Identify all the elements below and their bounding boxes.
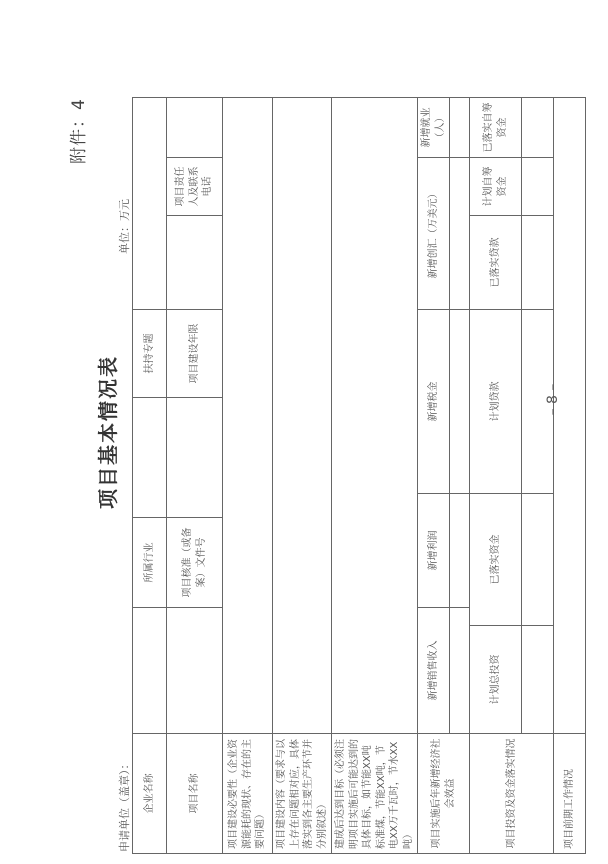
invest-header-planned-total: 计划总投资	[470, 626, 522, 734]
benefit-profit-value[interactable]	[450, 494, 470, 608]
invest-header-funds-secured: 已落实资金	[470, 494, 522, 626]
benefit-jobs-value[interactable]	[450, 98, 470, 158]
benefit-header-tax: 新增税金	[418, 310, 450, 494]
page-title: 项目基本情况表	[92, 0, 121, 864]
enterprise-name-label: 企业名称	[133, 734, 167, 854]
contact-value[interactable]	[167, 98, 223, 158]
table-row: 项目投资及资金落实情况 计划总投资 已落实资金 计划贷款 已落实贷款 计划自筹资…	[470, 98, 522, 854]
necessity-value[interactable]	[223, 98, 273, 734]
approval-doc-label: 项目核准（或备案）文件号	[167, 518, 223, 608]
benefits-label: 项目实施后年新增经济社会效益	[418, 734, 470, 854]
table-row: 项目名称 项目核准（或备案）文件号 项目建设年限 项目责任人及联系电话	[167, 98, 223, 854]
support-topic-label: 扶持专题	[133, 310, 167, 398]
benefit-header-profit: 新增利润	[418, 494, 450, 608]
project-name-value[interactable]	[167, 608, 223, 734]
benefit-forex-value[interactable]	[450, 158, 470, 310]
construction-period-label: 项目建设年限	[167, 310, 223, 398]
annex-label: 附件：4	[64, 98, 89, 164]
necessity-label: 项目建设必要性（企业资源能耗的现状、存在的主要问题）	[223, 734, 273, 854]
invest-header-planned-loan: 计划贷款	[470, 310, 522, 494]
page-number: – 8 –	[545, 0, 561, 864]
table-row: 项目建设内容（要求与以上存在问题相对应，具体落实到各主要生产环节并分别叙述）	[273, 98, 332, 854]
content-value[interactable]	[273, 98, 332, 734]
invest-header-loan-secured: 已落实贷款	[470, 216, 522, 310]
benefit-header-forex: 新增创汇（万美元）	[418, 158, 450, 310]
targets-label: 建成后达到目标（必须注明项目实施后可能达到的具体目标，如节能XX吨标准煤，节能X…	[332, 734, 418, 854]
table-row: 项目建设必要性（企业资源能耗的现状、存在的主要问题）	[223, 98, 273, 854]
benefit-tax-value[interactable]	[450, 310, 470, 494]
investment-label: 项目投资及资金落实情况	[470, 734, 554, 854]
unit-label: 单位：万元	[116, 199, 132, 254]
benefit-header-jobs: 新增就业（人）	[418, 98, 450, 158]
benefit-sales-value[interactable]	[450, 608, 470, 734]
document-page: 附件：4 项目基本情况表 申请单位（盖章）： 单位：万元 企业名称 所属行业 扶…	[0, 0, 608, 864]
project-info-table: 企业名称 所属行业 扶持专题 项目名称 项目核准（或备案）文件号 项目建设年限 …	[132, 97, 586, 854]
construction-period-value[interactable]	[167, 216, 223, 310]
content-label: 项目建设内容（要求与以上存在问题相对应，具体落实到各主要生产环节并分别叙述）	[273, 734, 332, 854]
project-name-label: 项目名称	[167, 734, 223, 854]
industry-label: 所属行业	[133, 518, 167, 608]
approval-doc-value[interactable]	[167, 398, 223, 518]
table-row: 项目实施后年新增经济社会效益 新增销售收入 新增利润 新增税金 新增创汇（万美元…	[418, 98, 450, 854]
invest-header-planned-self: 计划自筹资金	[470, 158, 522, 216]
applicant-label: 申请单位（盖章）：	[116, 759, 132, 853]
industry-value[interactable]	[133, 398, 167, 518]
table-row: 企业名称 所属行业 扶持专题	[133, 98, 167, 854]
invest-header-self-secured: 已落实自筹资金	[470, 98, 522, 158]
support-topic-value[interactable]	[133, 98, 167, 310]
contact-label: 项目责任人及联系电话	[167, 158, 223, 216]
table-row: 建成后达到目标（必须注明项目实施后可能达到的具体目标，如节能XX吨标准煤，节能X…	[332, 98, 418, 854]
benefit-header-sales: 新增销售收入	[418, 608, 450, 734]
enterprise-name-value[interactable]	[133, 608, 167, 734]
targets-value[interactable]	[332, 98, 418, 734]
